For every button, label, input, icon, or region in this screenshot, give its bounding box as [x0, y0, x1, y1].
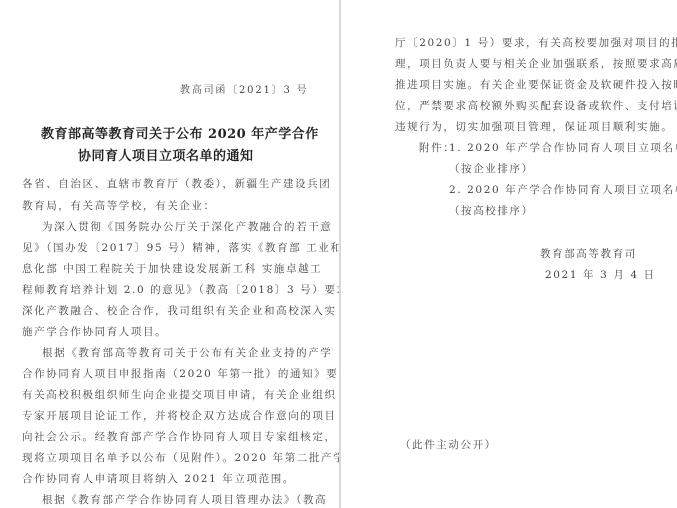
document-number: 教高司函〔2021〕3 号	[180, 81, 308, 96]
paragraph-line: 推进项目实施。有关企业要保证资金及软硬件投入按时到	[395, 78, 677, 92]
document-title-line-2: 协同育人项目立项名单的通知	[78, 145, 254, 164]
document-title-line-1: 教育部高等教育司关于公布 2020 年产学合作	[41, 123, 319, 142]
signature-issuer: 教育部高等教育司	[540, 246, 637, 261]
paragraph-line: 合作协同育人项目申报指南（2020 年第一批）的通知》要求，	[22, 367, 363, 381]
recipients-line-2: 教育局，有关高等学校，有关企业：	[22, 199, 216, 213]
attachment-item-1: 1. 2020 年产学合作协同育人项目立项名单	[449, 141, 677, 155]
attachment-item-1-note: （按企业排序）	[449, 162, 534, 176]
paragraph-line: 见》（国办发〔2017〕95 号）精神，落实《教育部 工业和信	[22, 241, 355, 255]
paragraph-line: 向社会公示。经教育部产学合作协同育人项目专家组核定，	[22, 430, 337, 444]
document-page-left: 教高司函〔2021〕3 号 教育部高等教育司关于公布 2020 年产学合作 协同…	[0, 0, 339, 508]
paragraph-line: 位，严禁要求高校额外购买配套设备或软件、支付培训费等	[395, 99, 677, 113]
paragraph-line: 施产学合作协同育人项目。	[22, 325, 167, 339]
attachment-item-2: 2. 2020 年产学合作协同育人项目立项名单	[449, 183, 677, 197]
paragraph-line: 有关高校积极组织师生向企业提交项目申请，有关企业组织	[22, 388, 337, 402]
paragraph-line: 违规行为，切实加强项目管理，保证项目顺利实施。	[395, 120, 673, 134]
paragraph-line: 为深入贯彻《国务院办公厅关于深化产教融合的若干意	[42, 220, 332, 234]
disclosure-note: （此件主动公开）	[400, 438, 497, 452]
paragraph-line: 专家开展项目论证工作，并将校企双方达成合作意向的项目	[22, 409, 337, 423]
recipients-line-1: 各省、自治区、直辖市教育厅（教委），新疆生产建设兵团	[22, 177, 331, 191]
paragraph-line: 程师教育培养计划 2.0 的意见》（教高〔2018〕3 号）要求，	[22, 283, 361, 297]
paragraph-line: 理，项目负责人要与相关企业加强联系，按照要求高质高效	[395, 57, 677, 71]
paragraph-line: 根据《教育部产学合作协同育人项目管理办法》（教高	[42, 493, 327, 507]
paragraph-line: 根据《教育部高等教育司关于公布有关企业支持的产学	[42, 346, 332, 360]
paragraph-line: 现将立项项目名单予以公布（见附件）。2020 年第二批产学	[22, 451, 345, 465]
document-page-right: 厅〔2020〕1 号）要求，有关高校要加强对项目的指导和管 理，项目负责人要与相…	[341, 0, 677, 508]
attachment-item-2-note: （按高校排序）	[449, 204, 534, 218]
signature-date: 2021 年 3 月 4 日	[545, 267, 656, 282]
paragraph-line: 厅〔2020〕1 号）要求，有关高校要加强对项目的指导和管	[395, 36, 677, 50]
paragraph-line: 合作协同育人申请项目将纳入 2021 年立项范围。	[22, 472, 295, 486]
paragraph-line: 深化产教融合、校企合作，我司组织有关企业和高校深入实	[22, 304, 337, 318]
paragraph-line: 息化部 中国工程院关于加快建设发展新工科 实施卓越工	[22, 262, 322, 276]
